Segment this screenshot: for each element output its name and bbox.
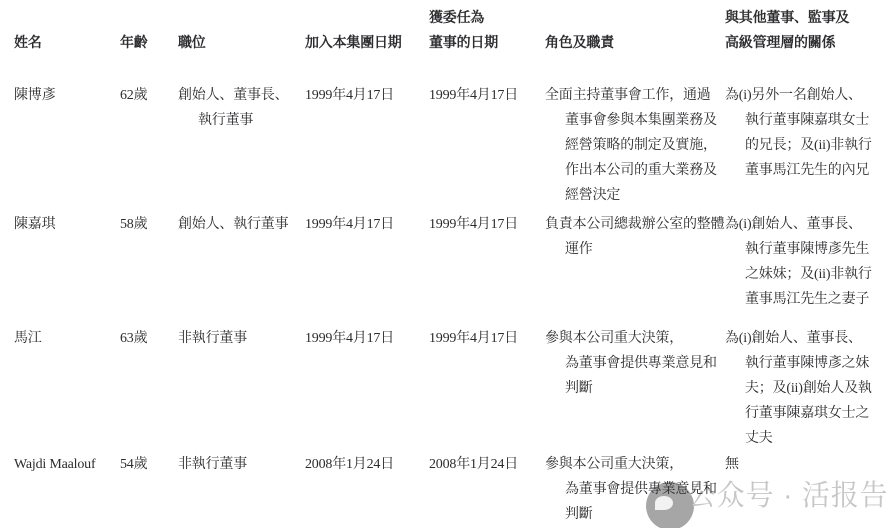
join-date-cell: 2008年1月24日 <box>305 452 429 477</box>
join-date-cell: 1999年4月17日 <box>305 83 429 108</box>
column-header-appointed-date: 獲委任為董事的日期 <box>429 6 545 56</box>
name-cell: Wajdi Maalouf <box>14 452 120 477</box>
join-date-cell: 1999年4月17日 <box>305 326 429 351</box>
position-cell: 非執行董事 <box>178 326 305 351</box>
relationship-cell: 為(i)創始人、董事長、執行董事陳博彥之妹夫；及(ii)創始人及執行董事陳嘉琪女… <box>725 326 883 451</box>
age-cell: 54歲 <box>120 452 178 477</box>
directors-table: 姓名 年齡 職位 加入本集團日期 獲委任為董事的日期 角色及職責 與其他董事、監… <box>14 6 883 527</box>
position-cell: 非執行董事 <box>178 452 305 477</box>
column-header-relationship: 與其他董事、監事及高級管理層的關係 <box>725 6 883 56</box>
age-cell: 58歲 <box>120 212 178 237</box>
relationship-cell: 無 <box>725 452 883 477</box>
role-cell: 參與本公司重大決策，為董事會提供專業意見和判斷 <box>545 452 725 527</box>
age-cell: 63歲 <box>120 326 178 351</box>
name-cell: 陳博彥 <box>14 83 120 108</box>
director-row: Wajdi Maalouf 54歲 非執行董事 2008年1月24日 2008年… <box>14 452 883 527</box>
position-cell: 創始人、執行董事 <box>178 212 305 237</box>
role-cell: 參與本公司重大決策，為董事會提供專業意見和判斷 <box>545 326 725 401</box>
column-header-join-date: 加入本集團日期 <box>305 31 429 56</box>
table-header-row: 姓名 年齡 職位 加入本集團日期 獲委任為董事的日期 角色及職責 與其他董事、監… <box>14 6 883 56</box>
join-date-cell: 1999年4月17日 <box>305 212 429 237</box>
name-cell: 馬江 <box>14 326 120 351</box>
appointed-date-cell: 1999年4月17日 <box>429 212 545 237</box>
relationship-cell: 為(i)另外一名創始人、執行董事陳嘉琪女士的兄長；及(ii)非執行董事馬江先生的… <box>725 83 883 183</box>
role-cell: 負責本公司總裁辦公室的整體運作 <box>545 212 725 262</box>
appointed-date-cell: 2008年1月24日 <box>429 452 545 477</box>
column-header-name: 姓名 <box>14 31 120 56</box>
director-row: 陳嘉琪 58歲 創始人、執行董事 1999年4月17日 1999年4月17日 負… <box>14 212 883 312</box>
relationship-cell: 為(i)創始人、董事長、執行董事陳博彥先生之妹妹；及(ii)非執行董事馬江先生之… <box>725 212 883 312</box>
director-row: 陳博彥 62歲 創始人、董事長、執行董事 1999年4月17日 1999年4月1… <box>14 83 883 208</box>
appointed-date-cell: 1999年4月17日 <box>429 326 545 351</box>
appointed-date-cell: 1999年4月17日 <box>429 83 545 108</box>
age-cell: 62歲 <box>120 83 178 108</box>
role-cell: 全面主持董事會工作，通過董事會參與本集團業務及經營策略的制定及實施，作出本公司的… <box>545 83 725 208</box>
name-cell: 陳嘉琪 <box>14 212 120 237</box>
prospectus-directors-page: 姓名 年齡 職位 加入本集團日期 獲委任為董事的日期 角色及職責 與其他董事、監… <box>0 0 889 528</box>
column-header-position: 職位 <box>178 31 305 56</box>
column-header-age: 年齡 <box>120 31 178 56</box>
director-row: 馬江 63歲 非執行董事 1999年4月17日 1999年4月17日 參與本公司… <box>14 326 883 451</box>
column-header-role: 角色及職責 <box>545 31 725 56</box>
position-cell: 創始人、董事長、執行董事 <box>178 83 305 133</box>
